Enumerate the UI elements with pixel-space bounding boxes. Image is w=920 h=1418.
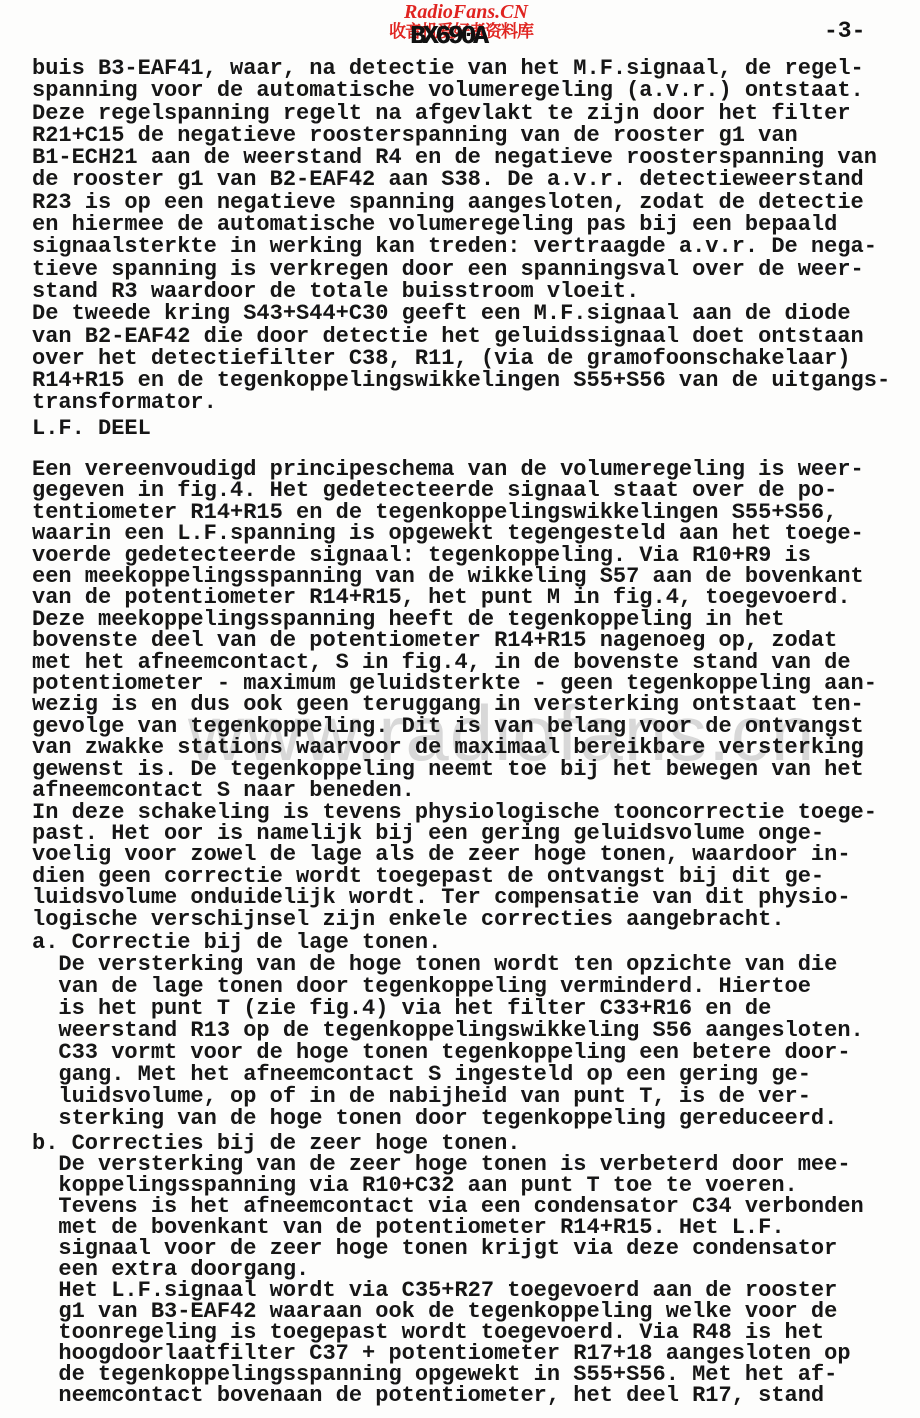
paragraph-if-detection: buis B3-EAF41, waar, na detectie van het… [32, 58, 890, 415]
scanned-document-page: www.radiofans.cn RadioFans.CN 收音机爱好者资料库 … [0, 0, 920, 1418]
section-heading-lf-deel: L.F. DEEL [32, 417, 151, 441]
paragraph-volume-control: Een vereenvoudigd principeschema van de … [32, 459, 877, 930]
document-title: BX690A [410, 21, 486, 51]
page-number: -3- [824, 18, 865, 44]
list-item-b-very-high-tones: b. Correcties bij de zeer hoge tonen. De… [32, 1133, 864, 1406]
list-item-a-low-tones: a. Correctie bij de lage tonen. De verst… [32, 932, 864, 1130]
